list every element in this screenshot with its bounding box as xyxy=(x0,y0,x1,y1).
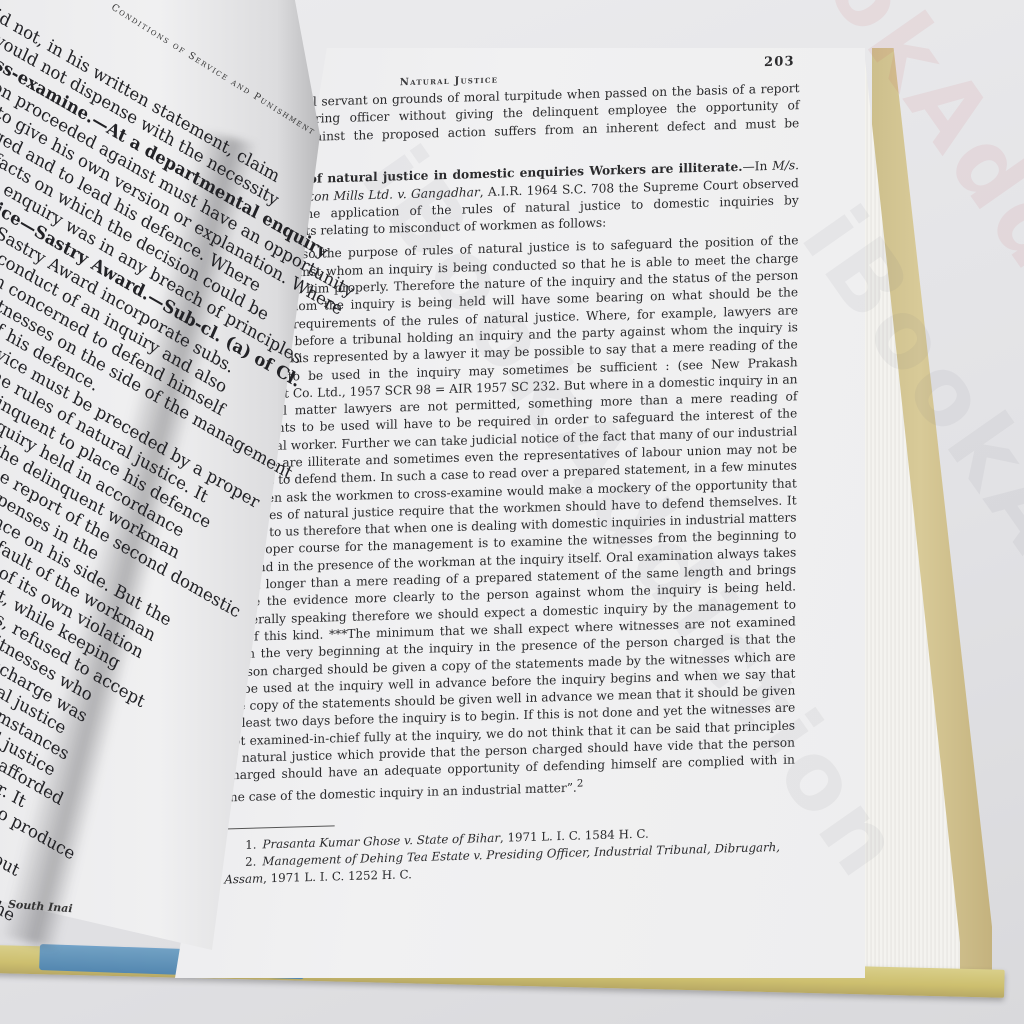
quotation-block: “Even so the purpose of rules of natural… xyxy=(225,233,799,807)
page-number: 203 xyxy=(764,54,795,70)
section-intro-prefix: —In xyxy=(742,159,772,174)
footnote-number: 1. xyxy=(225,836,263,854)
quotation-part-2: ***The minimum that we shall expect wher… xyxy=(225,614,796,804)
footnote-citation: , 1971 L. I. C. 1252 H. C. xyxy=(263,867,412,885)
footnote-divider xyxy=(225,825,335,829)
footnote-number: 2. xyxy=(224,853,262,871)
footnote-citation: , 1971 L. I. C. 1584 H. C. xyxy=(500,827,649,845)
book-photo: Natural Justice 203 against a civil serv… xyxy=(0,0,1024,1024)
running-head-title: Natural Justice xyxy=(400,75,498,89)
footnote-ref-2: 2 xyxy=(577,778,584,789)
